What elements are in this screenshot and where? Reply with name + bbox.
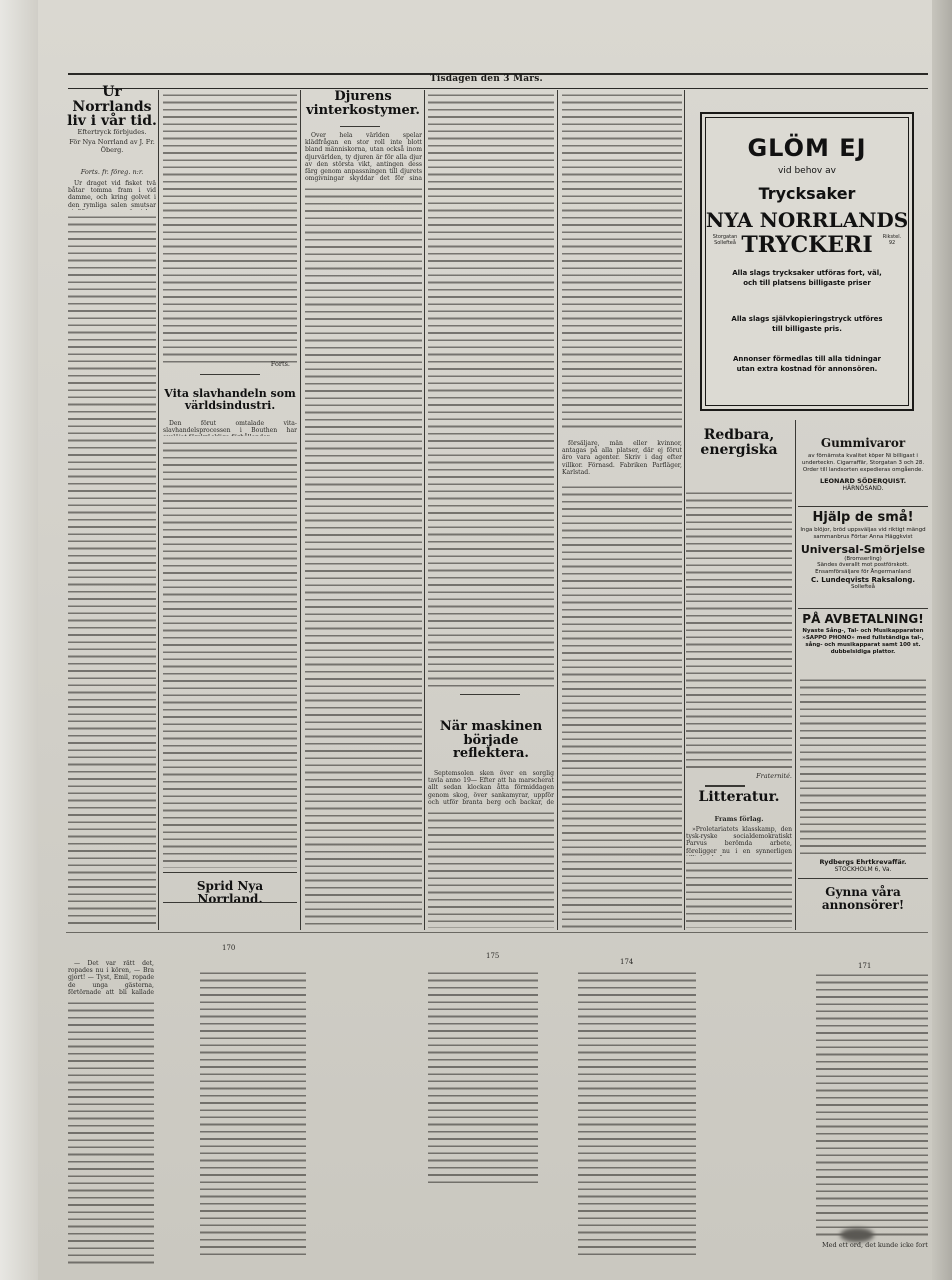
ad-seller: C. Lundeqvists Raksalong.	[798, 576, 928, 584]
divider	[705, 785, 745, 787]
ad-body-1: Alla slags trycksaker utföras fort, väl,…	[702, 268, 912, 288]
article-lead-text: Över hela världen spelar klädfrågan en s…	[305, 132, 422, 182]
serial-text-start-content: — Det var rätt det, ropades nu i kören, …	[68, 960, 154, 996]
forts-note: Forts.	[240, 360, 290, 368]
ad-place: HÄRNÖSAND.	[798, 485, 928, 492]
ad-brand-1: NYA NORRLANDS	[702, 208, 912, 232]
ad-body-2: Alla slags självkopieringstryck utföres …	[702, 314, 912, 334]
divider	[798, 608, 928, 609]
article-body-col5	[562, 90, 682, 430]
headline-litteratur: Litteratur.	[686, 790, 792, 805]
ad-title: PÅ AVBETALNING!	[798, 612, 928, 626]
article-body-nar-maskinen	[428, 808, 554, 928]
serial-column-4	[578, 968, 696, 1260]
article-body-vita-slavhandeln	[163, 438, 297, 868]
ad-body: av förnämsta kvalitet köper Ni billigast…	[798, 453, 928, 474]
article-body-ur-norrlands	[68, 212, 156, 927]
article-body-litteratur	[686, 858, 792, 928]
subhead-eftertryck: Eftertryck förbjudes.	[66, 128, 158, 136]
column-rule	[795, 420, 796, 930]
article-lead: Septemsolen sken över en sorglig tavla a…	[428, 770, 554, 806]
page-number: 175	[486, 952, 499, 960]
headline-ur-norrlands-liv: Ur Norrlands liv i vår tid.	[66, 85, 158, 129]
ad-text-redbara: försäljare, män eller kvinnor, antagas p…	[562, 440, 682, 480]
page-number: 174	[620, 958, 633, 966]
divider	[340, 126, 380, 127]
ad-gummivaror: Gummivaror av förnämsta kvalitet köper N…	[798, 436, 928, 492]
divider	[163, 902, 297, 903]
article-lead: »Proletariatets klasskamp, den tysk-rysk…	[686, 826, 792, 856]
column-rule	[158, 90, 159, 930]
ad-line1: vid behov av	[702, 166, 912, 176]
divider	[200, 374, 260, 375]
page-number: 170	[222, 944, 235, 952]
serial-column-2	[200, 968, 306, 1260]
ad-hjalp-de-sma: Hjälp de små! Inga blöjor, bröd uppsvälj…	[798, 510, 928, 590]
ad-title: Hjälp de små!	[798, 510, 928, 525]
headline-djurens-vinterkostymer: Djurens vinterkostymer.	[304, 90, 422, 117]
signature-fraternite: Fraternité.	[686, 772, 792, 780]
running-head: Tisdagen den 3 Mars.	[430, 74, 543, 84]
ad-body: Inga blöjor, bröd uppsväljas vid riktigt…	[798, 527, 928, 541]
serial-column-3	[428, 968, 538, 1186]
article-body-djurens-continued	[428, 90, 554, 690]
ink-smudge	[840, 1228, 874, 1242]
ad-body: Nyaste Sång-, Tal- och Musikapparaten »S…	[798, 628, 928, 656]
ad-product: Universal-Smörjelse	[798, 543, 928, 556]
ad-place: Sollefteå	[798, 584, 928, 590]
article-lead-text: Den förut omtalade vita-slavhandelsproce…	[163, 420, 297, 436]
divider	[460, 694, 520, 695]
byline: För Nya Norrland av J. Fr. Öberg.	[66, 138, 158, 154]
ad-signature: LEONARD SÖDERQUIST.	[798, 477, 928, 485]
ad-place: STOCKHOLM 6, Va.	[798, 866, 928, 873]
ad-body-3: Annonser förmedlas till alla tidningar u…	[702, 354, 912, 374]
article-lead: Ur draget vid fisket två båtar tomma fra…	[68, 180, 156, 210]
ad-line2: Trycksaker	[702, 184, 912, 203]
article-lead-text: Ur draget vid fisket två båtar tomma fra…	[68, 180, 156, 210]
ad-phone: Rikstel. 92	[880, 234, 904, 246]
column-rule	[300, 90, 301, 930]
headline-redbara-energiska: Redbara, energiska	[684, 428, 794, 457]
ad-glom-ej: GLÖM EJ vid behov av Trycksaker NYA NORR…	[700, 112, 914, 411]
column-rule	[424, 90, 425, 930]
ad-title: GLÖM EJ	[702, 134, 912, 162]
column-rule	[557, 90, 558, 930]
article-lead: Den förut omtalade vita-slavhandelsproce…	[163, 420, 297, 436]
ad-pa-avbetalning: PÅ AVBETALNING! Nyaste Sång-, Tal- och M…	[798, 612, 928, 656]
divider	[798, 506, 928, 507]
ad-body-2: Sändes överallt mot postförskott. Ensamf…	[798, 562, 928, 576]
ad-title: Gummivaror	[798, 436, 928, 450]
article-lead: Över hela världen spelar klädfrågan en s…	[305, 132, 422, 182]
serial-text-end-content: Med ett ord, det kunde icke fort	[816, 1242, 928, 1249]
subhead-frams-forlag: Frams förlag.	[686, 815, 792, 823]
page-number: 171	[858, 962, 871, 970]
fold-line	[66, 932, 928, 933]
ad-pa-avbetalning-footer: Rydbergs Ehrtkrevaffär. STOCKHOLM 6, Va.	[798, 858, 928, 873]
headline-gynna-vara-annonsorer: Gynna våra annonsörer!	[798, 886, 928, 911]
page-edge-left	[0, 0, 38, 1280]
article-lead-text: »Proletariatets klasskamp, den tysk-rysk…	[686, 826, 792, 856]
newspaper-page: Tisdagen den 3 Mars. Ur Norrlands liv i …	[0, 0, 952, 1280]
ad-address: Storgatan Sollefteå	[710, 234, 740, 246]
headline-vita-slavhandeln: Vita slavhandeln som världsindustri.	[163, 388, 297, 411]
article-body-col6	[686, 488, 792, 768]
divider	[798, 878, 928, 879]
article-lead-text: Septemsolen sken över en sorglig tavla a…	[428, 770, 554, 806]
ad-seller: Rydbergs Ehrtkrevaffär.	[798, 858, 928, 866]
serial-text-start: — Det var rätt det, ropades nu i kören, …	[68, 960, 154, 996]
article-body-djurens	[305, 184, 422, 929]
serial-column-1	[68, 998, 154, 1266]
continued-note: Forts. fr. föreg. n:r.	[66, 168, 158, 176]
ad-text-redbara-body: försäljare, män eller kvinnor, antagas p…	[562, 440, 682, 476]
column-rule	[684, 90, 685, 930]
article-body-continued	[163, 90, 297, 365]
serial-text-end: Med ett ord, det kunde icke fort	[816, 1242, 928, 1254]
ad-pa-avbetalning-details	[800, 675, 926, 855]
serial-column-5	[816, 970, 928, 1240]
page-edge-right	[932, 0, 952, 1280]
headline-nar-maskinen: När maskinen började reflektera.	[428, 720, 554, 761]
article-body-col5-lower	[562, 482, 682, 928]
masthead-rule-lower	[68, 88, 928, 89]
divider	[163, 872, 297, 873]
